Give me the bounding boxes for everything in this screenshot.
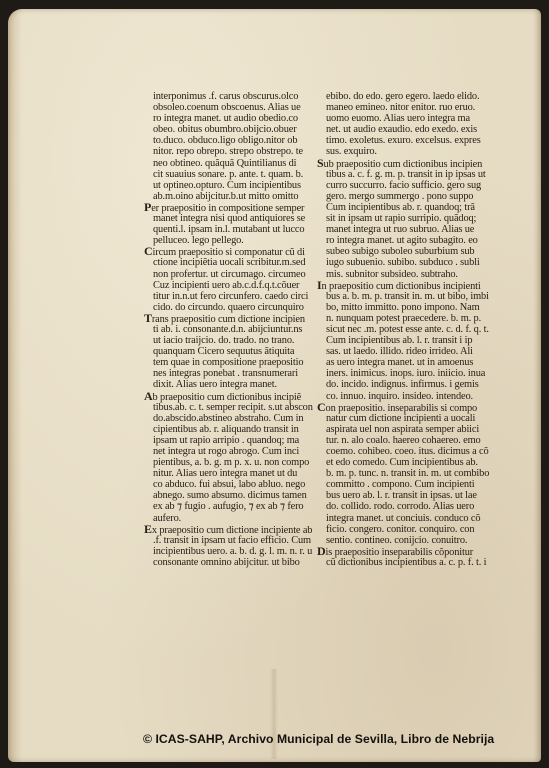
initial-letter: C: [144, 244, 153, 258]
text-line: iugo subuenio. subibo. subduco . subli: [317, 257, 487, 268]
line-text: cipientibus ab. r. aliquando transit in: [153, 424, 299, 435]
text-line: consonante omnino abijcitur. ut bibo: [144, 557, 304, 568]
initial-letter: E: [144, 522, 152, 536]
text-line: tur. n. alo coalo. haereo cohaereo. emo: [317, 435, 487, 446]
line-text: non profertur. ut circumago. circumeo: [153, 269, 306, 280]
line-text: curro succurro. facio sufficio. gero sug: [326, 180, 481, 191]
text-line: aspirata uel non aspirata semper abiici: [317, 424, 487, 435]
text-line: bo, mitto immitto. pono impono. Nam: [317, 302, 487, 313]
text-line: cido. do circundo. quaero circunquiro: [144, 302, 304, 313]
line-text: Cuz incipienti uero ab.c.d.f.q.t.cõuer: [153, 280, 299, 291]
line-text: ctione incipiẽtia uocali scribitur.m.sed: [153, 257, 305, 268]
initial-letter: T: [144, 311, 152, 325]
line-text: sicut nec .m. potest esse ante. c. d. f.…: [326, 324, 489, 335]
line-text: et edo comedo. Cum incipientibus ab.: [326, 457, 478, 468]
paragraph-start-line: Ab praepositio cum dictionibus incipiẽ: [144, 391, 304, 402]
paragraph-start-line: Con praepositio. inseparabilis si compo: [317, 402, 487, 413]
line-text: abnego. sumo absumo. dicimus tamen: [153, 490, 307, 501]
paragraph-start-line: Dis praepositio inseparabilis cõponitur: [317, 546, 487, 557]
text-line: cũ dictionibus incipientibus a. c. p. f.…: [317, 557, 487, 568]
text-line: nitor. repo obrepo. strepo obstrepo. te: [144, 146, 304, 157]
line-text: nitur. Alias uero integra manet ut du: [153, 468, 297, 479]
line-text: do. incido. indignus. infirmus. i gemis: [326, 379, 479, 390]
line-text: ro integra manet. ut audio obedio.co: [153, 113, 298, 124]
text-line: abnego. sumo absumo. dicimus tamen: [144, 490, 304, 501]
line-text: net. ut audio exaudio. edo exedo. exis: [326, 124, 477, 135]
line-text: net integra ut rogo abrogo. Cum inci: [153, 446, 299, 457]
line-text: cido. do circundo. quaero circunquiro: [153, 302, 304, 313]
text-line: natur cum dictione incipienti a uocali: [317, 413, 487, 424]
paragraph-start-line: Circum praepositio si componatur cũ di: [144, 246, 304, 257]
text-line: ro integra manet. ut audio obedio.co: [144, 113, 304, 124]
text-line: ipsam ut rapio arripio . quandoq; ma: [144, 435, 304, 446]
line-text: pelluceo. lego pellego.: [153, 235, 244, 246]
copyright-credit: © ICAS-SAHP, Archivo Municipal de Sevill…: [143, 732, 494, 746]
line-text: ab.m.oino abijcitur.b.ut mitto omitto: [153, 191, 298, 202]
text-line: cipientibus ab. r. aliquando transit in: [144, 424, 304, 435]
line-text: tibus.ab. c. t. semper recipit. s.ut abs…: [153, 402, 313, 413]
line-text: as uero integra manet. ut in amoenus: [326, 357, 473, 368]
line-text: bo, mitto immitto. pono impono. Nam: [326, 302, 480, 313]
line-text: obsoleo.coenum obscoenus. Alias ue: [153, 102, 301, 113]
line-text: iners. inimicus. inops. iuro. iniicio. i…: [326, 368, 485, 379]
text-line: Cum incipientibus ab. l. r. transit i ip: [317, 335, 487, 346]
text-line: interponimus .f. carus obscurus.olco: [144, 91, 304, 102]
line-text: do.abscido.abstineo abstraho. Cum in: [153, 413, 303, 424]
text-line: quanquam Cicero sequutus ãtiquita: [144, 346, 304, 357]
line-text: cũ dictionibus incipientibus a. c. p. f.…: [326, 557, 486, 568]
text-line: sas. ut laedo. illido. rideo irrideo. Al…: [317, 346, 487, 357]
text-line: ro integra manet. ut agito subagito. eo: [317, 235, 487, 246]
line-text: to.duco. obduco.ligo obligo.nitor ob: [153, 135, 297, 146]
line-text: tur. n. alo coalo. haereo cohaereo. emo: [326, 435, 481, 446]
line-text: bus a. b. m. p. transit in. m. ut bibo, …: [326, 291, 489, 302]
text-line: et edo comedo. Cum incipientibus ab.: [317, 457, 487, 468]
line-text: co abduco. fui absui, labo abluo. nego: [153, 479, 305, 490]
text-line: ti ab. i. consonante.d.n. abijciuntur.ns: [144, 324, 304, 335]
line-text: timo. exoletus. exuro. excelsus. expres: [326, 135, 481, 146]
text-line: tem quae in compositione praepositio: [144, 357, 304, 368]
line-text: ipsam ut rapio arripio . quandoq; ma: [153, 435, 299, 446]
line-text: neo obtineo. quãquã Quintilianus di: [153, 158, 296, 169]
text-line: .f. transit in ipsam ut facio efficio. C…: [144, 535, 304, 546]
line-text: gero. mergo summergo . pono suppo: [326, 191, 473, 202]
initial-letter: A: [144, 389, 153, 403]
text-line: do. collido. rodo. corrodo. Alias uero: [317, 501, 487, 512]
text-line: co. innuo. inquiro. insideo. intendeo.: [317, 391, 487, 402]
text-line: sicut nec .m. potest esse ante. c. d. f.…: [317, 324, 487, 335]
line-text: committo . compono. Cum incipienti: [326, 479, 474, 490]
line-text: ut iacio traijcio. do. trado. no trano.: [153, 335, 294, 346]
line-text: n. nunquam potest praecedere. b. m. p.: [326, 313, 481, 324]
text-line: ebibo. do edo. gero egero. laedo elido.: [317, 91, 487, 102]
text-line: incipientibus uero. a. b. d. g. l. m. n.…: [144, 546, 304, 557]
text-line: mis. subnitor subsideo. subtraho.: [317, 269, 487, 280]
line-text: interponimus .f. carus obscurus.olco: [153, 91, 298, 102]
line-text: Cum incipientibus ab. l. r. transit i ip: [326, 335, 472, 346]
paragraph-start-line: In praepositio cum dictionibus incipient…: [317, 280, 487, 291]
line-text: manet integra nisi quod antiquiores se: [153, 213, 305, 224]
paragraph-start-line: Trans praepositio cum dictione incipien: [144, 313, 304, 324]
text-line: do. incido. indignus. infirmus. i gemis: [317, 379, 487, 390]
line-text: ficio. congero. conitor. conquiro. con: [326, 524, 474, 535]
line-text: manet integra ut ruo subruo. Alias ue: [326, 224, 474, 235]
text-line: maneo emineo. nitor enitor. ruo eruo.: [317, 102, 487, 113]
text-line: pelluceo. lego pellego.: [144, 235, 304, 246]
text-line: obeo. obitus obumbro.obijcio.obuer: [144, 124, 304, 135]
line-text: consonante omnino abijcitur. ut bibo: [153, 557, 300, 568]
line-text: cit suauius sonare. p. ante. t. quam. b.: [153, 169, 303, 180]
text-line: ex ab ⁊ fugio . aufugio, ⁊ ex ab ⁊ fero: [144, 501, 304, 512]
text-line: dixit. Alias uero integra manet.: [144, 379, 304, 390]
line-text: natur cum dictione incipienti a uocali: [326, 413, 475, 424]
left-text-column: interponimus .f. carus obscurus.olcoobso…: [144, 91, 304, 568]
line-text: tibus a. c. f. g. m. p. transit in ip ip…: [326, 169, 486, 180]
text-line: Cuz incipienti uero ab.c.d.f.q.t.cõuer: [144, 280, 304, 291]
line-text: mis. subnitor subsideo. subtraho.: [326, 269, 458, 280]
line-text: ebibo. do edo. gero egero. laedo elido.: [326, 91, 479, 102]
text-line: net. ut audio exaudio. edo exedo. exis: [317, 124, 487, 135]
text-line: integra manet. ut conciuis. conduco cõ: [317, 513, 487, 524]
text-line: gero. mergo summergo . pono suppo: [317, 191, 487, 202]
line-text: quanquam Cicero sequutus ãtiquita: [153, 346, 294, 357]
text-line: ab.m.oino abijcitur.b.ut mitto omitto: [144, 191, 304, 202]
text-line: non profertur. ut circumago. circumeo: [144, 269, 304, 280]
text-line: neo obtineo. quãquã Quintilianus di: [144, 158, 304, 169]
text-line: bus uero ab. l. r. transit in ipsas. ut …: [317, 490, 487, 501]
text-line: quenti.l. ipsam in.l. mutabant ut lucco: [144, 224, 304, 235]
text-line: bus a. b. m. p. transit in. m. ut bibo, …: [317, 291, 487, 302]
line-text: nes integras ponebat . transnumerari: [153, 368, 298, 379]
text-line: tibus a. c. f. g. m. p. transit in ip ip…: [317, 169, 487, 180]
initial-letter: C: [317, 400, 326, 414]
line-text: sentio. contineo. conijcio. conuitro.: [326, 535, 467, 546]
line-text: pientibus, a. b. g. m p. x. u. non compo: [153, 457, 309, 468]
text-line: sus. exquiro.: [317, 146, 487, 157]
line-text: subeo subigo suboleo suburbium sub: [326, 246, 474, 257]
line-text: integra manet. ut conciuis. conduco cõ: [326, 513, 480, 524]
text-line: committo . compono. Cum incipienti: [317, 479, 487, 490]
initial-letter: D: [317, 544, 326, 558]
text-line: curro succurro. facio sufficio. gero sug: [317, 180, 487, 191]
text-line: ficio. congero. conitor. conquiro. con: [317, 524, 487, 535]
text-line: timo. exoletus. exuro. excelsus. expres: [317, 135, 487, 146]
line-text: uomo euomo. Alias uero integra ma: [326, 113, 470, 124]
line-text: incipientibus uero. a. b. d. g. l. m. n.…: [153, 546, 312, 557]
text-line: n. nunquam potest praecedere. b. m. p.: [317, 313, 487, 324]
text-line: nes integras ponebat . transnumerari: [144, 368, 304, 379]
text-line: aufero.: [144, 513, 304, 524]
line-text: do. collido. rodo. corrodo. Alias uero: [326, 501, 474, 512]
line-text: sas. ut laedo. illido. rideo irrideo. Al…: [326, 346, 473, 357]
right-text-column: ebibo. do edo. gero egero. laedo elido.m…: [317, 91, 487, 568]
text-line: as uero integra manet. ut in amoenus: [317, 357, 487, 368]
text-line: manet integra nisi quod antiquiores se: [144, 213, 304, 224]
line-text: b. m. p. tunc. n. transit in. m. ut comb…: [326, 468, 489, 479]
line-text: iugo subuenio. subibo. subduco . subli: [326, 257, 480, 268]
text-line: nitur. Alias uero integra manet ut du: [144, 468, 304, 479]
text-line: manet integra ut ruo subruo. Alias ue: [317, 224, 487, 235]
text-line: uomo euomo. Alias uero integra ma: [317, 113, 487, 124]
line-text: dixit. Alias uero integra manet.: [153, 379, 277, 390]
text-line: tibus.ab. c. t. semper recipit. s.ut abs…: [144, 402, 304, 413]
line-text: ro integra manet. ut agito subagito. eo: [326, 235, 478, 246]
line-text: sus. exquiro.: [326, 146, 377, 157]
line-text: ut optineo.opturo. Cum incipientibus: [153, 180, 301, 191]
text-line: net integra ut rogo abrogo. Cum inci: [144, 446, 304, 457]
text-line: sentio. contineo. conijcio. conuitro.: [317, 535, 487, 546]
text-line: co abduco. fui absui, labo abluo. nego: [144, 479, 304, 490]
line-text: quenti.l. ipsam in.l. mutabant ut lucco: [153, 224, 304, 235]
line-text: aufero.: [153, 513, 181, 524]
line-text: aspirata uel non aspirata semper abiici: [326, 424, 479, 435]
line-text: sit in ipsam ut rapio surripio. quãdoq;: [326, 213, 476, 224]
text-line: b. m. p. tunc. n. transit in. m. ut comb…: [317, 468, 487, 479]
text-line: pientibus, a. b. g. m p. x. u. non compo: [144, 457, 304, 468]
line-text: Cum incipientibus ab. r. quandoq; trã: [326, 202, 475, 213]
text-line: sit in ipsam ut rapio surripio. quãdoq;: [317, 213, 487, 224]
line-text: ti ab. i. consonante.d.n. abijciuntur.ns: [153, 324, 302, 335]
line-text: co. innuo. inquiro. insideo. intendeo.: [326, 391, 473, 402]
line-text: tem quae in compositione praepositio: [153, 357, 303, 368]
text-line: titur in.n.ut fero circunfero. caedo cir…: [144, 291, 304, 302]
paragraph-start-line: Ex praepositio cum dictione incipiente a…: [144, 524, 304, 535]
line-text: ex ab ⁊ fugio . aufugio, ⁊ ex ab ⁊ fero: [153, 501, 303, 512]
text-line: subeo subigo suboleo suburbium sub: [317, 246, 487, 257]
line-text: obeo. obitus obumbro.obijcio.obuer: [153, 124, 297, 135]
text-line: Cum incipientibus ab. r. quandoq; trã: [317, 202, 487, 213]
line-text: .f. transit in ipsam ut facio efficio. C…: [153, 535, 311, 546]
line-text: bus uero ab. l. r. transit in ipsas. ut …: [326, 490, 477, 501]
line-text: nitor. repo obrepo. strepo obstrepo. te: [153, 146, 303, 157]
line-text: coemo. cohibeo. coeo. itus. dicimus a cõ: [326, 446, 489, 457]
line-text: titur in.n.ut fero circunfero. caedo cir…: [153, 291, 308, 302]
line-text: maneo emineo. nitor enitor. ruo eruo.: [326, 102, 475, 113]
text-line: do.abscido.abstineo abstraho. Cum in: [144, 413, 304, 424]
manuscript-page: interponimus .f. carus obscurus.olcoobso…: [8, 9, 541, 762]
text-line: ctione incipiẽtia uocali scribitur.m.sed: [144, 257, 304, 268]
paragraph-start-line: Sub praepositio cum dictionibus incipien: [317, 158, 487, 169]
text-line: ut iacio traijcio. do. trado. no trano.: [144, 335, 304, 346]
text-line: obsoleo.coenum obscoenus. Alias ue: [144, 102, 304, 113]
paragraph-start-line: Per praepositio in compositione semper: [144, 202, 304, 213]
text-line: iners. inimicus. inops. iuro. iniicio. i…: [317, 368, 487, 379]
text-line: cit suauius sonare. p. ante. t. quam. b.: [144, 169, 304, 180]
text-line: ut optineo.opturo. Cum incipientibus: [144, 180, 304, 191]
text-line: coemo. cohibeo. coeo. itus. dicimus a cõ: [317, 446, 487, 457]
text-line: to.duco. obduco.ligo obligo.nitor ob: [144, 135, 304, 146]
